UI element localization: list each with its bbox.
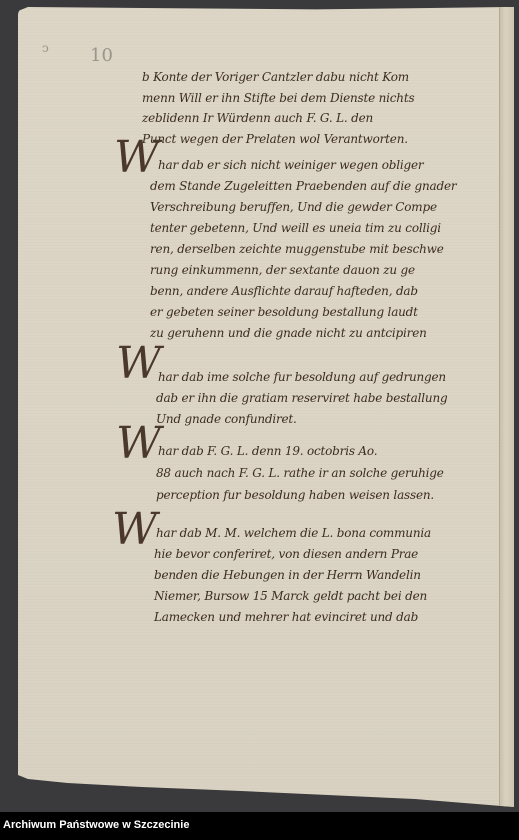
text-line: har dab ime solche fur besoldung auf ged… [158, 370, 446, 384]
archive-footer: Archiwum Państwowe w Szczecinie [0, 812, 519, 840]
text-line: benden die Hebungen in der Herrn Wandeli… [154, 568, 421, 582]
archive-name: Archiwum Państwowe w Szczecinie [3, 819, 189, 831]
text-line: benn, andere Ausflichte darauf hafteden,… [150, 284, 418, 298]
decorative-initial: W [114, 136, 159, 180]
manuscript-scan: ↄ 10 b Konte der Voriger Cantzler dabu n… [0, 0, 519, 812]
text-line: perception fur besoldung haben weisen la… [156, 488, 434, 502]
text-line: Lamecken und mehrer hat evinciret und da… [154, 610, 418, 624]
folio-number: 10 [90, 45, 113, 66]
decorative-initial: W [116, 422, 161, 466]
text-line: Punct wegen der Prelaten wol Verantworte… [142, 132, 408, 146]
text-line: zeblidenn Ir Würdenn auch F. G. L. den [142, 111, 373, 125]
text-line: har dab M. M. welchem die L. bona commun… [156, 526, 431, 540]
text-line: er gebeten seiner besoldung bestallung l… [150, 305, 418, 319]
text-line: hie bevor conferiret, von diesen andern … [154, 547, 418, 561]
page-gutter [499, 7, 514, 807]
text-line: Und gnade confundiret. [156, 412, 297, 426]
text-line: zu geruhenn und die gnade nicht zu antci… [150, 326, 427, 340]
text-line: b Konte der Voriger Cantzler dabu nicht … [142, 70, 409, 84]
text-line: Niemer, Bursow 15 Marck geldt pacht bei … [154, 589, 427, 603]
text-line: dem Stande Zugeleitten Praebenden auf di… [150, 179, 456, 193]
text-line: menn Will er ihn Stifte bei dem Dienste … [142, 91, 414, 105]
margin-mark: ↄ [42, 41, 49, 55]
text-line: dab er ihn die gratiam reserviret habe b… [156, 391, 447, 405]
text-line: har dab F. G. L. denn 19. octobris Ao. [158, 444, 377, 458]
text-line: 88 auch nach F. G. L. rathe ir an solche… [156, 466, 444, 480]
text-line: Verschreibung beruffen, Und die gewder C… [150, 200, 437, 214]
text-line: rung einkummenn, der sextante dauon zu g… [150, 263, 415, 277]
manuscript-page: ↄ 10 [18, 7, 514, 807]
decorative-initial: W [116, 342, 161, 386]
text-line: ren, derselben zeichte muggenstube mit b… [150, 242, 444, 256]
text-line: tenter gebetenn, Und weill es uneia tim … [150, 221, 441, 235]
decorative-initial: W [112, 508, 157, 552]
text-line: har dab er sich nicht weiniger wegen obl… [158, 158, 423, 172]
